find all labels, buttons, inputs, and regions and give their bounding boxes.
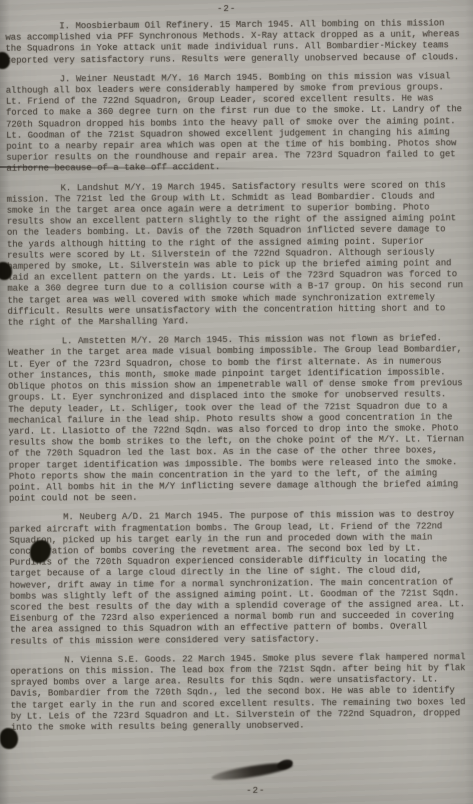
target-name: Amstetten M/Y. bbox=[78, 336, 153, 347]
paragraph-label: K. bbox=[61, 183, 72, 193]
paragraph-body: This mission was not flown as briefed. W… bbox=[8, 334, 464, 504]
mission-paragraph-l: L. Amstetten M/Y. 20 March 1945. This mi… bbox=[8, 333, 466, 505]
paragraph-body: Satisfactory results were scored on this… bbox=[7, 180, 463, 328]
target-name: Vienna S.E. Goods. bbox=[80, 654, 176, 665]
mission-paragraph-n: N. Vienna S.E. Goods. 22 March 1945. Smo… bbox=[10, 652, 468, 734]
target-name: Neuberg A/D. bbox=[79, 512, 143, 523]
mission-date: 19 March 1945. bbox=[152, 182, 227, 193]
document-page: -2- I. Moosbierbaum Oil Refinery. 15 Mar… bbox=[0, 0, 473, 742]
document-body: I. Moosbierbaum Oil Refinery. 15 March 1… bbox=[5, 18, 468, 734]
mission-date: 22 March 1945. bbox=[182, 654, 257, 665]
paragraph-label: L. bbox=[62, 337, 73, 347]
mission-paragraph-k: K. Landshut M/Y. 19 March 1945. Satisfac… bbox=[7, 180, 465, 329]
mission-date: 20 March 1945. bbox=[158, 335, 233, 346]
mission-date: 16 March 1945. bbox=[188, 73, 263, 84]
mission-date: 15 March 1945. bbox=[220, 20, 295, 31]
target-name: Moosbierbaum Oil Refinery. bbox=[75, 20, 214, 31]
mission-paragraph-i: I. Moosbierbaum Oil Refinery. 15 March 1… bbox=[5, 18, 462, 66]
mission-date: 21 March 1945. bbox=[149, 511, 224, 522]
paragraph-body: The purpose of this mission was to destr… bbox=[9, 510, 465, 647]
paragraph-label: M. bbox=[63, 513, 74, 523]
paragraph-label: N. bbox=[64, 655, 75, 665]
page-number-top: -2- bbox=[0, 2, 463, 16]
paragraph-body: Bombing on this mission was visual altho… bbox=[6, 71, 462, 174]
paragraph-body: Smoke plus severe flak hampered normal o… bbox=[10, 652, 465, 733]
paragraph-label: J. bbox=[60, 74, 71, 84]
mission-paragraph-m: M. Neuberg A/D. 21 March 1945. The purpo… bbox=[9, 510, 467, 648]
ink-blot bbox=[0, 728, 18, 749]
target-name: Landshut M/Y. bbox=[77, 182, 146, 193]
mission-paragraph-j: J. Weiner Neustadt M/Y. 16 March 1945. B… bbox=[6, 71, 464, 175]
paragraph-label: I. bbox=[59, 21, 70, 31]
target-name: Weiner Neustadt M/Y. bbox=[76, 73, 183, 84]
